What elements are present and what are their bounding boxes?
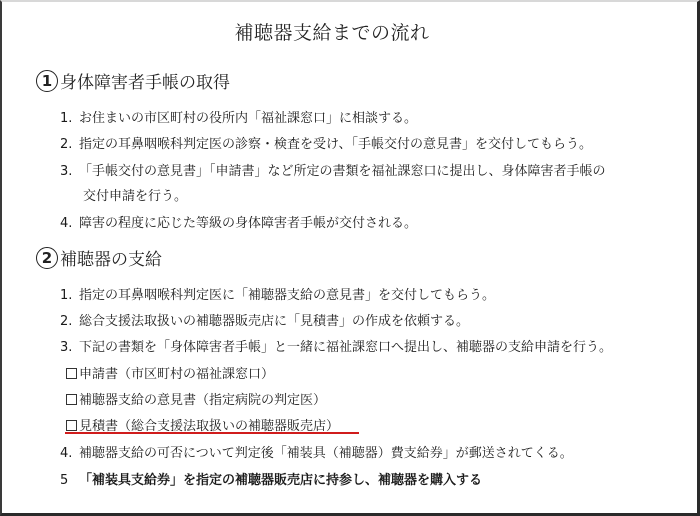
list-item: 5「補装具支給券」を指定の補聴器販売店に持参し、補聴器を購入する bbox=[60, 469, 482, 488]
checklist-item: 補聴器支給の意見書（指定病院の判定医） bbox=[66, 389, 326, 408]
checkbox-icon bbox=[66, 420, 77, 431]
circled-number-1: 1 bbox=[36, 70, 58, 92]
checkbox-icon bbox=[66, 394, 77, 405]
list-item: 3.「手帳交付の意見書」「申請書」など所定の書類を福祉課窓口に提出し、身体障害者… bbox=[60, 160, 606, 179]
circled-number-2: 2 bbox=[36, 247, 58, 269]
list-item: 2.総合支援法取扱いの補聴器販売店に「見積書」の作成を依頼する。 bbox=[60, 310, 469, 329]
section-heading-2: 2 補聴器の支給 bbox=[36, 245, 162, 270]
section-title-1: 身体障害者手帳の取得 bbox=[60, 68, 230, 93]
section-heading-1: 1 身体障害者手帳の取得 bbox=[36, 68, 230, 93]
checklist-item: 申請書（市区町村の福祉課窓口） bbox=[66, 363, 274, 382]
list-item: 1.指定の耳鼻咽喉科判定医に「補聴器支給の意見書」を交付してもらう。 bbox=[60, 284, 495, 303]
list-item: 3.下記の書類を「身体障害者手帳」と一緒に福祉課窓口へ提出し、補聴器の支給申請を… bbox=[60, 336, 612, 355]
list-item: 4.障害の程度に応じた等級の身体障害者手帳が交付される。 bbox=[60, 212, 417, 231]
list-item: 2.指定の耳鼻咽喉科判定医の診察・検査を受け、「手帳交付の意見書」を交付してもら… bbox=[60, 133, 592, 152]
checkbox-icon bbox=[66, 368, 77, 379]
red-underline-highlight bbox=[65, 432, 359, 434]
list-item-continuation: 交付申請を行う。 bbox=[83, 185, 187, 204]
list-item: 1.お住まいの市区町村の役所内「福祉課窓口」に相談する。 bbox=[60, 107, 417, 126]
section-title-2: 補聴器の支給 bbox=[60, 245, 162, 270]
page-title: 補聴器支給までの流れ bbox=[0, 18, 664, 45]
list-item: 4.補聴器支給の可否について判定後「補装具（補聴器）費支給券」が郵送されてくる。 bbox=[60, 442, 573, 461]
